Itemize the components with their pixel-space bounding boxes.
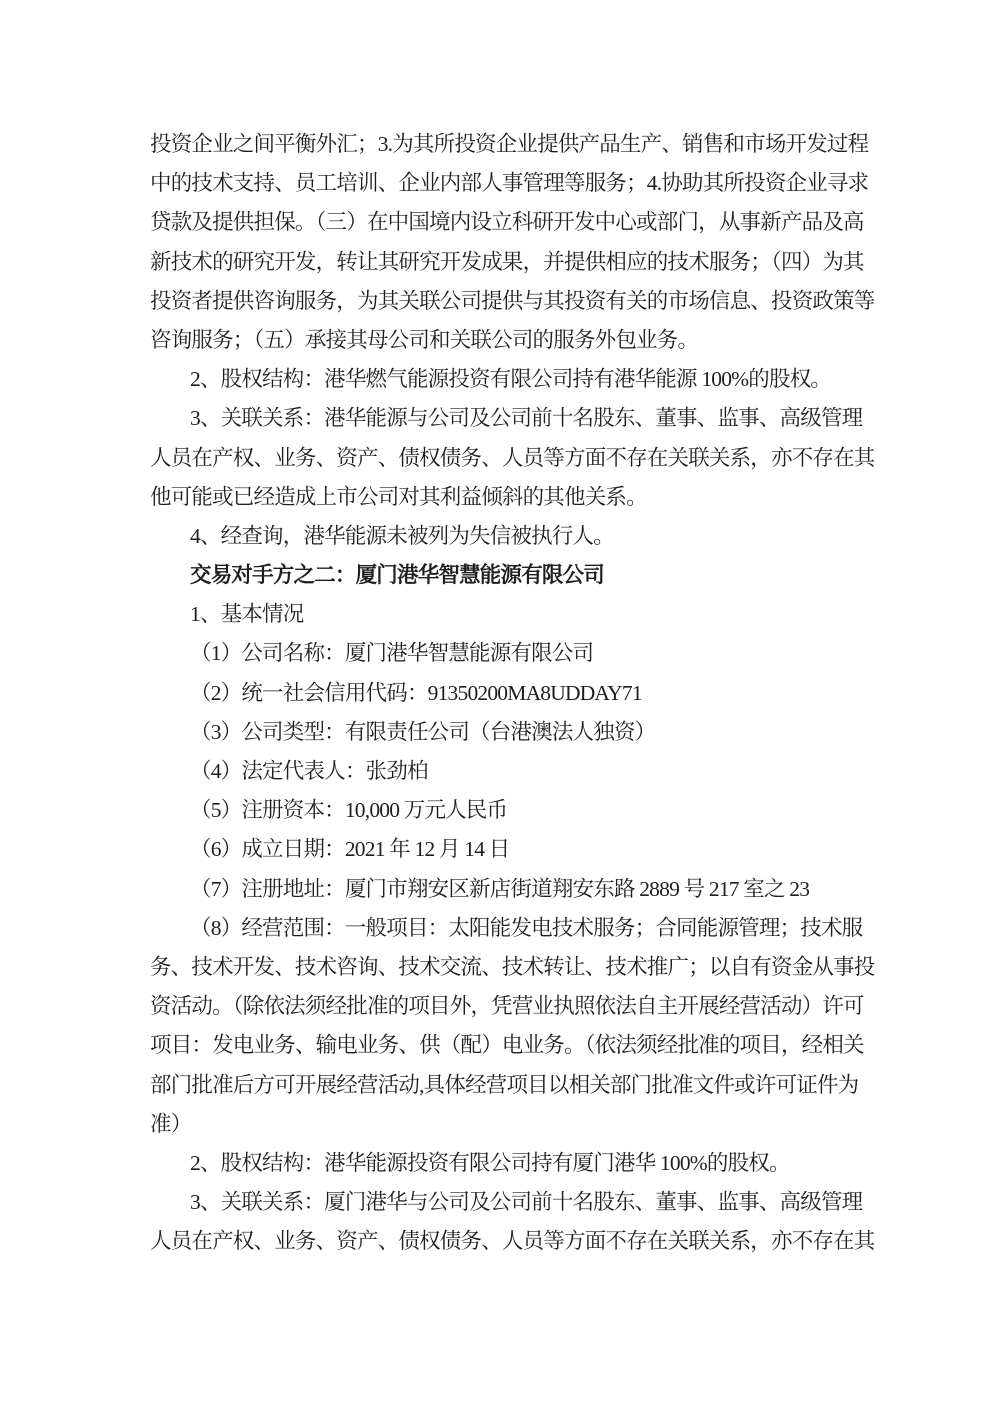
text-line: 中的技术支持、员工培训、企业内部人事管理等服务；4.协助其所投资企业寻求 xyxy=(150,164,855,203)
page-text-content: 投资企业之间平衡外汇；3.为其所投资企业提供产品生产、销售和市场开发过程中的技术… xyxy=(150,125,855,1261)
text-line: 3、关联关系：港华能源与公司及公司前十名股东、董事、监事、高级管理 xyxy=(150,399,855,438)
text-line: （3）公司类型：有限责任公司（台港澳法人独资） xyxy=(150,713,855,752)
text-line: 他可能或已经造成上市公司对其利益倾斜的其他关系。 xyxy=(150,478,855,517)
text-line: （4）法定代表人：张劲柏 xyxy=(150,752,855,791)
text-line: 新技术的研究开发，转让其研究开发成果，并提供相应的技术服务；（四）为其 xyxy=(150,243,855,282)
text-line: 4、经查询，港华能源未被列为失信被执行人。 xyxy=(150,517,855,556)
text-line: 1、基本情况 xyxy=(150,595,855,634)
text-line: 人员在产权、业务、资产、债权债务、人员等方面不存在关联关系，亦不存在其 xyxy=(150,1222,855,1261)
text-line: 准） xyxy=(150,1105,855,1144)
text-line: 项目：发电业务、输电业务、供（配）电业务。（依法须经批准的项目，经相关 xyxy=(150,1026,855,1065)
text-line: （7）注册地址：厦门市翔安区新店街道翔安东路 2889 号 217 室之 23 xyxy=(150,870,855,909)
text-line: （8）经营范围：一般项目：太阳能发电技术服务；合同能源管理；技术服 xyxy=(150,909,855,948)
text-line: 2、股权结构：港华燃气能源投资有限公司持有港华能源 100%的股权。 xyxy=(150,360,855,399)
document-page: 投资企业之间平衡外汇；3.为其所投资企业提供产品生产、销售和市场开发过程中的技术… xyxy=(0,0,1000,1414)
text-line: 务、技术开发、技术咨询、技术交流、技术转让、技术推广；以自有资金从事投 xyxy=(150,948,855,987)
text-line: 投资企业之间平衡外汇；3.为其所投资企业提供产品生产、销售和市场开发过程 xyxy=(150,125,855,164)
text-line: 2、股权结构：港华能源投资有限公司持有厦门港华 100%的股权。 xyxy=(150,1144,855,1183)
text-line: （5）注册资本：10,000 万元人民币 xyxy=(150,791,855,830)
text-line: 资活动。（除依法须经批准的项目外，凭营业执照依法自主开展经营活动）许可 xyxy=(150,987,855,1026)
text-line: 投资者提供咨询服务，为其关联公司提供与其投资有关的市场信息、投资政策等 xyxy=(150,282,855,321)
text-line: 部门批准后方可开展经营活动,具体经营项目以相关部门批准文件或许可证件为 xyxy=(150,1066,855,1105)
text-line: 咨询服务；（五）承接其母公司和关联公司的服务外包业务。 xyxy=(150,321,855,360)
text-line: （6）成立日期：2021 年 12 月 14 日 xyxy=(150,830,855,869)
section-heading-line: 交易对手方之二：厦门港华智慧能源有限公司 xyxy=(150,556,855,595)
text-line: （1）公司名称：厦门港华智慧能源有限公司 xyxy=(150,634,855,673)
text-line: （2）统一社会信用代码：91350200MA8UDDAY71 xyxy=(150,674,855,713)
text-line: 贷款及提供担保。（三）在中国境内设立科研开发中心或部门，从事新产品及高 xyxy=(150,203,855,242)
text-line: 3、关联关系：厦门港华与公司及公司前十名股东、董事、监事、高级管理 xyxy=(150,1183,855,1222)
text-line: 人员在产权、业务、资产、债权债务、人员等方面不存在关联关系，亦不存在其 xyxy=(150,439,855,478)
